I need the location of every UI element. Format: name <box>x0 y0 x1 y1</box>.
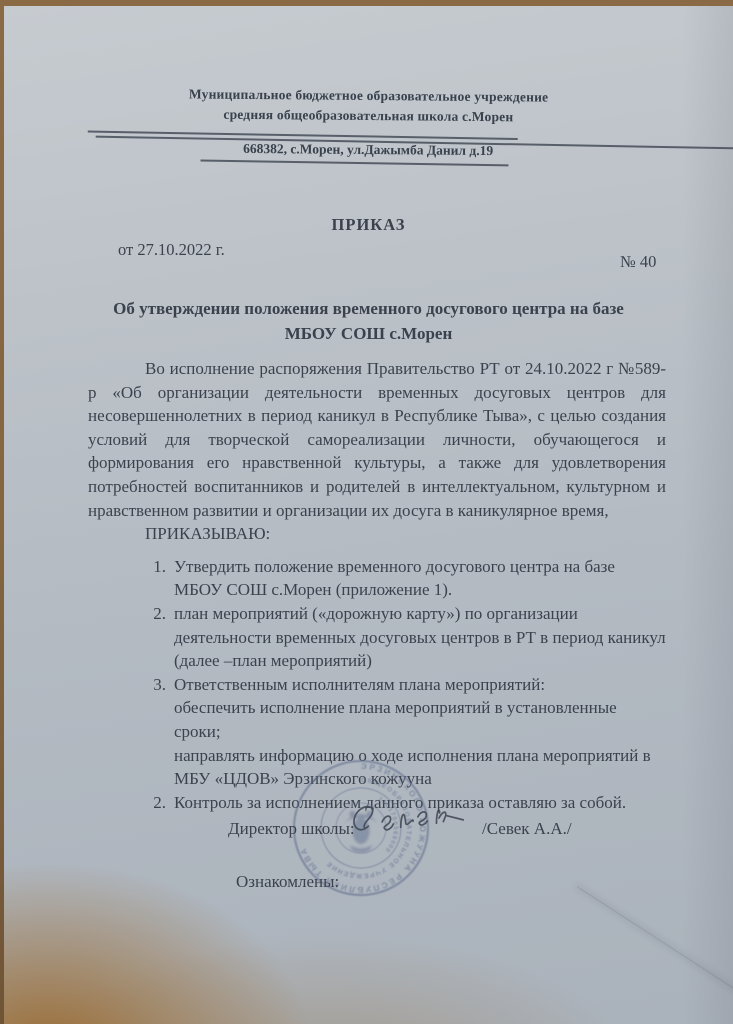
document-photo: Муниципальное бюджетное образовательное … <box>0 0 733 1024</box>
preamble-paragraph: Во исполнение распоряжения Правительство… <box>88 357 666 522</box>
paper-sheet: Муниципальное бюджетное образовательное … <box>4 6 733 1024</box>
acknowledged-label: Ознакомлены: <box>236 872 339 892</box>
item-text-line: план мероприятий («дорожную карту») по о… <box>174 604 666 670</box>
item-text: план мероприятий («дорожную карту») по о… <box>174 602 666 673</box>
item-subline: обеспечить исполнение плана мероприятий … <box>174 696 666 743</box>
item-number: 3. <box>144 673 174 791</box>
order-title: Об утверждении положения временного досу… <box>4 297 733 346</box>
item-text: Утвердить положение временного досуговог… <box>174 555 666 602</box>
item-text-line: Ответственным исполнителям плана меропри… <box>174 673 666 697</box>
item-number: 2. <box>144 602 174 673</box>
resolve-word: ПРИКАЗЫВАЮ: <box>88 522 666 546</box>
org-header: Муниципальное бюджетное образовательное … <box>4 83 733 129</box>
order-title-line2: МБОУ СОШ с.Морен <box>4 322 733 347</box>
item-text-line: Утвердить положение временного досуговог… <box>174 557 615 600</box>
handwritten-signature <box>344 788 488 850</box>
item-number: 2. <box>144 791 174 815</box>
signature-name: /Севек А.А./ <box>482 819 572 839</box>
doc-type-title: ПРИКАЗ <box>4 215 733 235</box>
signature-label: Директор школы: <box>228 819 355 839</box>
doc-number: № 40 <box>620 252 656 272</box>
order-item: 1. Утвердить положение временного досуго… <box>144 555 666 602</box>
paper-crease <box>577 886 733 990</box>
order-title-line1: Об утверждении положения временного досу… <box>4 297 733 322</box>
order-body: Во исполнение распоряжения Правительство… <box>88 357 666 814</box>
org-address: 668382, с.Морен, ул.Дажымба Данил д.19 <box>113 138 623 162</box>
item-number: 1. <box>144 555 174 602</box>
doc-date: от 27.10.2022 г. <box>118 240 225 260</box>
order-item: 2. план мероприятий («дорожную карту») п… <box>144 602 666 673</box>
